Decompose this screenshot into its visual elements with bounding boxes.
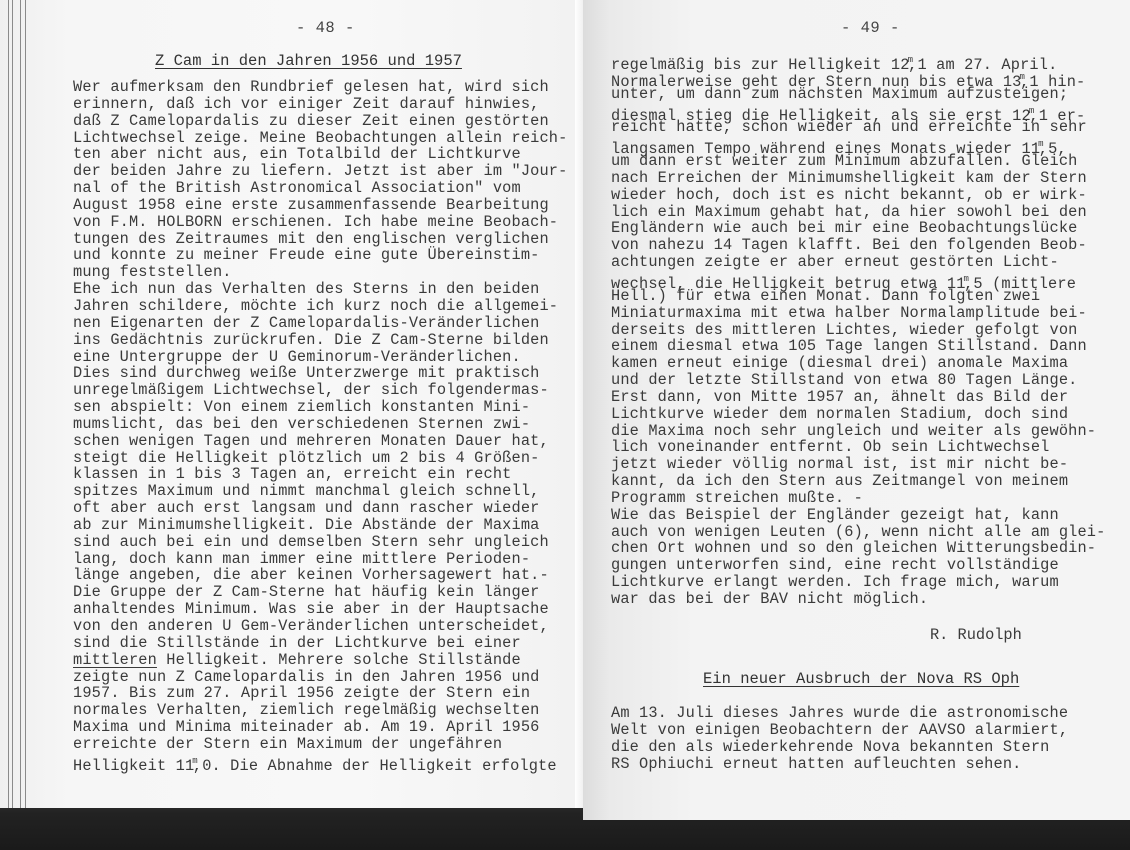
text-line: kamen erneut einige (diesmal drei) anoma… <box>611 355 1105 372</box>
text-line: nen Eigenarten der Z Camelopardalis-Verä… <box>73 315 567 332</box>
text-line: Miniaturmaxima mit etwa halber Normalamp… <box>611 305 1105 322</box>
text-line: Normalerweise geht der Stern nun bis etw… <box>611 69 1105 86</box>
text-line: steigt die Helligkeit plötzlich um 2 bis… <box>73 450 567 467</box>
text-line: erinnern, daß ich vor einiger Zeit darau… <box>73 96 567 113</box>
text-line: Am 13. Juli dieses Jahres wurde die astr… <box>611 705 1068 722</box>
text-line: daß Z Camelopardalis zu dieser Zeit eine… <box>73 113 567 130</box>
text-line: lang, doch kann man immer eine mittlere … <box>73 551 567 568</box>
text-line: tungen des Zeitraumes mit den englischen… <box>73 231 567 248</box>
left-page: - 48 - Z Cam in den Jahren 1956 und 1957… <box>0 0 582 808</box>
text-line: anhaltendes Minimum. Was sie aber in der… <box>73 601 567 618</box>
text-line: Hell.) für etwa einen Monat. Dann folgte… <box>611 288 1105 305</box>
text-line: nach Erreichen der Minimumshelligkeit ka… <box>611 170 1105 187</box>
text-line: Helligkeit 11m,0. Die Abnahme der Hellig… <box>73 753 567 770</box>
text-line: ten aber nicht aus, ein Totalbild der Li… <box>73 146 567 163</box>
text-line: um dann erst weiter zum Minimum abzufall… <box>611 153 1105 170</box>
text-line: Erst dann, von Mitte 1957 an, ähnelt das… <box>611 389 1105 406</box>
text-line: klassen in 1 bis 3 Tagen an, erreicht ei… <box>73 466 567 483</box>
text-line: schen wenigen Tagen und mehreren Monaten… <box>73 433 567 450</box>
text-line: von den anderen U Gem-Veränderlichen unt… <box>73 618 567 635</box>
text-line: sen abspielt: Von einem ziemlich konstan… <box>73 399 567 416</box>
text-line: achtungen zeigte er aber erneut gestörte… <box>611 254 1105 271</box>
text-line: Programm streichen mußte. - <box>611 490 1105 507</box>
book-gutter <box>575 0 583 808</box>
article-title: Z Cam in den Jahren 1956 und 1957 <box>155 52 462 70</box>
article-body-continued: regelmäßig bis zur Helligkeit 12m,1 am 2… <box>611 52 1105 608</box>
page-stack-edge <box>8 0 9 808</box>
text-line: auch von wenigen Leuten (6), wenn nicht … <box>611 524 1105 541</box>
text-line: länge angeben, die aber keinen Vorhersag… <box>73 567 567 584</box>
text-line: nal of the British Astronomical Associat… <box>73 180 567 197</box>
text-line: langsamen Tempo während eines Monats wie… <box>611 136 1105 153</box>
text-line: Engländern wie auch bei mir eine Beobach… <box>611 220 1105 237</box>
text-line: derseits des mittleren Lichtes, wieder g… <box>611 322 1105 339</box>
text-line: Ehe ich nun das Verhalten des Sterns in … <box>73 281 567 298</box>
article-body: Wer aufmerksam den Rundbrief gelesen hat… <box>73 79 567 770</box>
text-line: 1957. Bis zum 27. April 1956 zeigte der … <box>73 685 567 702</box>
text-line: mung feststellen. <box>73 264 567 281</box>
text-line: wieder hoch, doch ist es nicht bekannt, … <box>611 187 1105 204</box>
text-line: normales Verhalten, ziemlich regelmäßig … <box>73 702 567 719</box>
text-line: von F.M. HOLBORN erschienen. Ich habe me… <box>73 214 567 231</box>
text-line: die den als wiederkehrende Nova bekannte… <box>611 739 1068 756</box>
text-line: zeigte nun Z Camelopardalis in den Jahre… <box>73 669 567 686</box>
page-number: - 48 - <box>296 19 355 37</box>
text-line: spitzes Maximum und nimmt manchmal gleic… <box>73 483 567 500</box>
text-line: Wer aufmerksam den Rundbrief gelesen hat… <box>73 79 567 96</box>
text-line: RS Ophiuchi erneut hatten aufleuchten se… <box>611 756 1068 773</box>
text-line: unregelmäßigem Lichtwechsel, der sich fo… <box>73 382 567 399</box>
section-title: Ein neuer Ausbruch der Nova RS Oph <box>703 670 1019 688</box>
text-line: lich ein Maximum gehabt hat, da hier sow… <box>611 204 1105 221</box>
text-line: Lichtwechsel zeige. Meine Beobachtungen … <box>73 130 567 147</box>
text-line: und konnte zu meiner Freude eine gute Üb… <box>73 247 567 264</box>
section-body: Am 13. Juli dieses Jahres wurde die astr… <box>611 705 1068 772</box>
text-line: war das bei der BAV nicht möglich. <box>611 591 1105 608</box>
text-line: mumslicht, das bei den verschiedenen Ste… <box>73 416 567 433</box>
text-line: ins Gedächtnis zurückrufen. Die Z Cam-St… <box>73 332 567 349</box>
text-line: unter, um dann zum nächsten Maximum aufz… <box>611 86 1105 103</box>
text-line: jetzt wieder völlig normal ist, ist mir … <box>611 456 1105 473</box>
text-line: diesmal stieg die Helligkeit, als sie er… <box>611 103 1105 120</box>
text-line: Lichtkurve erlangt werden. Ich frage mic… <box>611 574 1105 591</box>
text-line: August 1958 eine erste zusammenfassende … <box>73 197 567 214</box>
text-line: sind die Stillstände in der Lichtkurve b… <box>73 635 567 652</box>
text-line: kannt, da ich den Stern aus Zeitmangel v… <box>611 473 1105 490</box>
text-line: chen Ort wohnen und so den gleichen Witt… <box>611 540 1105 557</box>
text-line: die Maxima noch sehr ungleich und weiter… <box>611 423 1105 440</box>
text-line: Lichtkurve wieder dem normalen Stadium, … <box>611 406 1105 423</box>
text-line: Maxima und Minima miteinader ab. Am 19. … <box>73 719 567 736</box>
text-line: oft aber auch erst langsam und dann rasc… <box>73 500 567 517</box>
text-line: Die Gruppe der Z Cam-Sterne hat häufig k… <box>73 584 567 601</box>
text-line: Welt von einigen Beobachtern der AAVSO a… <box>611 722 1068 739</box>
text-line: Dies sind durchweg weiße Unterzwerge mit… <box>73 365 567 382</box>
text-line: ab zur Minimumshelligkeit. Die Abstände … <box>73 517 567 534</box>
text-line: und der letzte Stillstand von etwa 80 Ta… <box>611 372 1105 389</box>
text-line: Jahren schildere, möchte ich kurz noch d… <box>73 298 567 315</box>
text-line: der beiden Jahre zu liefern. Jetzt ist a… <box>73 163 567 180</box>
text-line: eine Untergruppe der U Geminorum-Verände… <box>73 349 567 366</box>
text-line: reicht hatte, schon wieder an und erreic… <box>611 119 1105 136</box>
right-page: - 49 - regelmäßig bis zur Helligkeit 12m… <box>583 0 1130 820</box>
text-line: regelmäßig bis zur Helligkeit 12m,1 am 2… <box>611 52 1105 69</box>
page-stack-edge <box>12 0 13 808</box>
text-line: von nahezu 14 Tagen klafft. Bei den folg… <box>611 237 1105 254</box>
text-line: erreichte der Stern ein Maximum der unge… <box>73 736 567 753</box>
text-line: lich voneinander entfernt. Ob sein Licht… <box>611 439 1105 456</box>
text-line: wechsel, die Helligkeit betrug etwa 11m,… <box>611 271 1105 288</box>
text-line: einem diesmal etwa 105 Tage langen Still… <box>611 338 1105 355</box>
text-line: gungen unterworfen sind, eine recht voll… <box>611 557 1105 574</box>
page-stack-edge <box>20 0 21 808</box>
author-signature: R. Rudolph <box>930 626 1022 644</box>
text-line: Wie das Beispiel der Engländer gezeigt h… <box>611 507 1105 524</box>
page-stack-edge <box>25 0 26 808</box>
text-line: sind auch bei ein und demselben Stern se… <box>73 534 567 551</box>
page-number: - 49 - <box>841 19 900 37</box>
text-line: mittleren Helligkeit. Mehrere solche Sti… <box>73 652 567 669</box>
